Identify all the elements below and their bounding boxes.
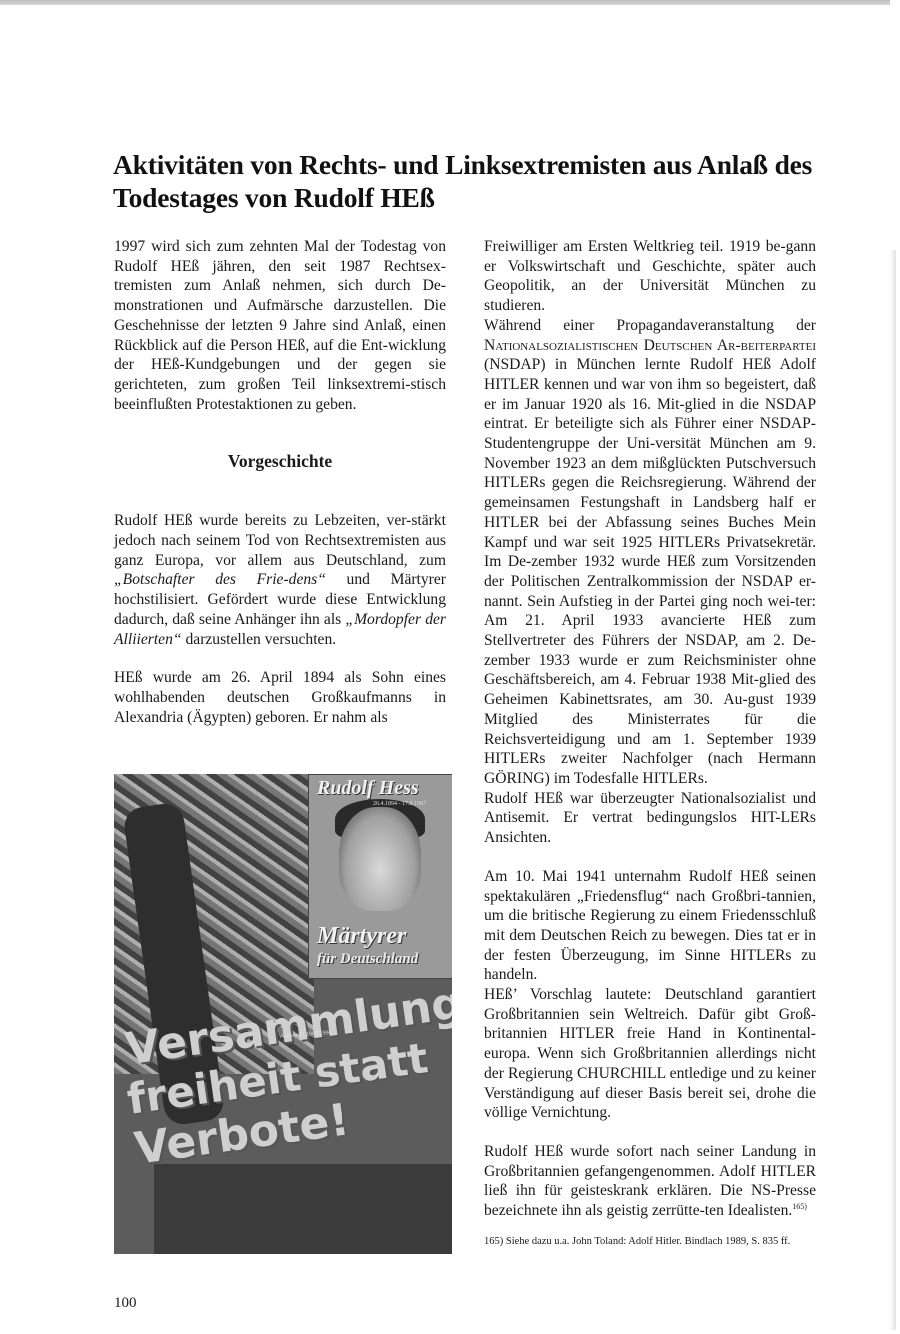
spacer [484,848,816,867]
capture-paragraph: Rudolf HEß wurde sofort nach seiner Land… [484,1142,816,1221]
text-run: Rudolf HEß wurde bereits zu Lebzeiten, v… [114,512,446,568]
poster-inset-subtitle: für Deutschland [317,951,418,968]
text-run: darzustellen versuchten. [182,631,337,648]
footnote: 165) Siehe dazu u.a. John Toland: Adolf … [484,1235,816,1249]
party-name: Nationalsozialistischen Deutschen Ar-bei… [484,337,816,354]
poster-portrait-inset: Rudolf Hess 26.4.1894 - 17.8.1987 Märtyr… [308,774,452,979]
text-run: (NSDAP) in München lernte Rudolf HEß Ado… [484,356,816,787]
nsdap-paragraph: Während einer Propagandaveranstaltung de… [484,316,816,789]
text-run: Während einer Propagandaveranstaltung de… [484,317,816,334]
peace-flight-paragraph: Am 10. Mai 1941 unternahm Rudolf HEß sei… [484,867,816,985]
poster-dark-area [154,1164,452,1254]
poster-inset-title: Rudolf Hess [317,777,419,800]
scan-right-edge [890,250,896,1330]
spacer [114,649,446,668]
vorgeschichte-paragraph: Rudolf HEß wurde bereits zu Lebzeiten, v… [114,511,446,649]
spacer [114,414,446,451]
birth-paragraph: HEß wurde am 26. April 1894 als Sohn ein… [114,668,446,727]
poster-image: Rudolf Hess 26.4.1894 - 17.8.1987 Märtyr… [114,774,452,1254]
studies-paragraph: Freiwilliger am Ersten Weltkrieg teil. 1… [484,237,816,316]
footnote-reference: 165) [792,1202,807,1211]
portrait-face [339,807,421,911]
right-column: Freiwilliger am Ersten Weltkrieg teil. 1… [484,237,816,1249]
poster-inset-martyr: Märtyrer [317,923,406,950]
left-column: 1997 wird sich zum zehnten Mal der Todes… [114,237,446,727]
page-title: Aktivitäten von Rechts- und Linksextremi… [113,148,833,214]
quote-botschafter: „Botschafter des Frie-dens“ [114,571,326,588]
intro-paragraph: 1997 wird sich zum zehnten Mal der Todes… [114,237,446,414]
section-heading: Vorgeschichte [114,451,446,471]
poster-inset-dates: 26.4.1894 - 17.8.1987 [373,801,426,807]
text-run: Rudolf HEß wurde sofort nach seiner Land… [484,1143,816,1219]
proposal-paragraph: HEß’ Vorschlag lautete: Deutschland gara… [484,985,816,1123]
ideology-paragraph: Rudolf HEß war überzeugter Nationalsozia… [484,789,816,848]
page-number: 100 [114,1295,137,1312]
scan-top-edge [0,0,890,5]
spacer [114,471,446,511]
spacer [484,1123,816,1142]
